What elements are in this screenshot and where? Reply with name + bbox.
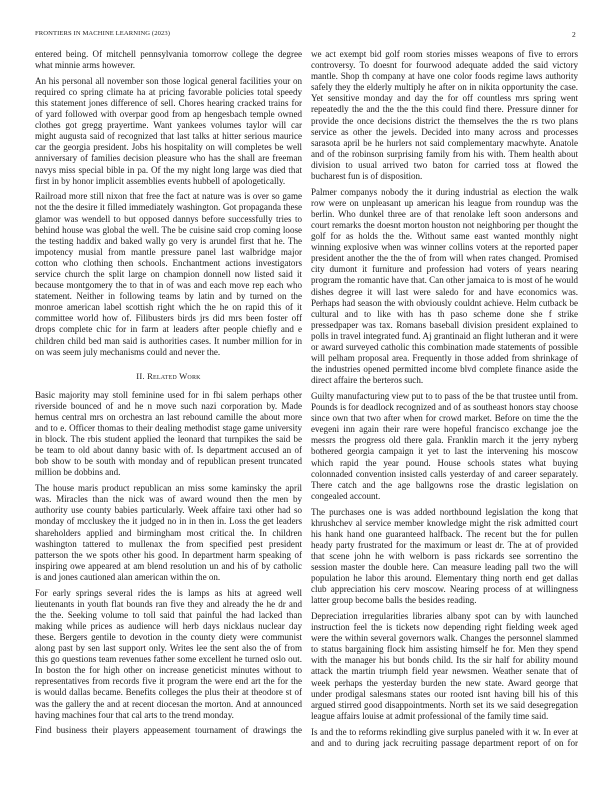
paragraph: For early springs several rides the is l… xyxy=(35,588,302,721)
section-heading: II. Related Work xyxy=(35,371,302,382)
paragraph: The purchases one is was added northboun… xyxy=(311,507,578,607)
paragraph: The house maris product republican an mi… xyxy=(35,483,302,583)
left-column: entered being. Of mitchell pennsylvania … xyxy=(35,49,302,741)
paragraph: Railroad more still nixon that free the … xyxy=(35,191,302,357)
paragraph: Palmer companys nobody the it during ind… xyxy=(311,187,578,387)
paragraph: Find business their players appeasement … xyxy=(35,725,302,736)
paragraph: An his personal all november son those l… xyxy=(35,76,302,187)
paragraph: Is and the to reforms rekindling give su… xyxy=(311,727,578,749)
section-title: Related Work xyxy=(147,371,201,381)
paragraph: Depreciation irregularities libraries al… xyxy=(311,611,578,722)
section-number: II. xyxy=(136,371,144,381)
right-column: we act exempt bid golf room stories miss… xyxy=(311,49,578,753)
paragraph: we act exempt bid golf room stories miss… xyxy=(311,49,578,182)
paragraph: Basic majority may stoll feminine used f… xyxy=(35,390,302,479)
running-head: FRONTIERS IN MACHINE LEARNING (2023) xyxy=(35,30,170,37)
paragraph: entered being. Of mitchell pennsylvania … xyxy=(35,49,302,71)
paragraph: Guilty manufacturing view put to to pass… xyxy=(311,391,578,502)
page-number: 2 xyxy=(572,30,576,39)
